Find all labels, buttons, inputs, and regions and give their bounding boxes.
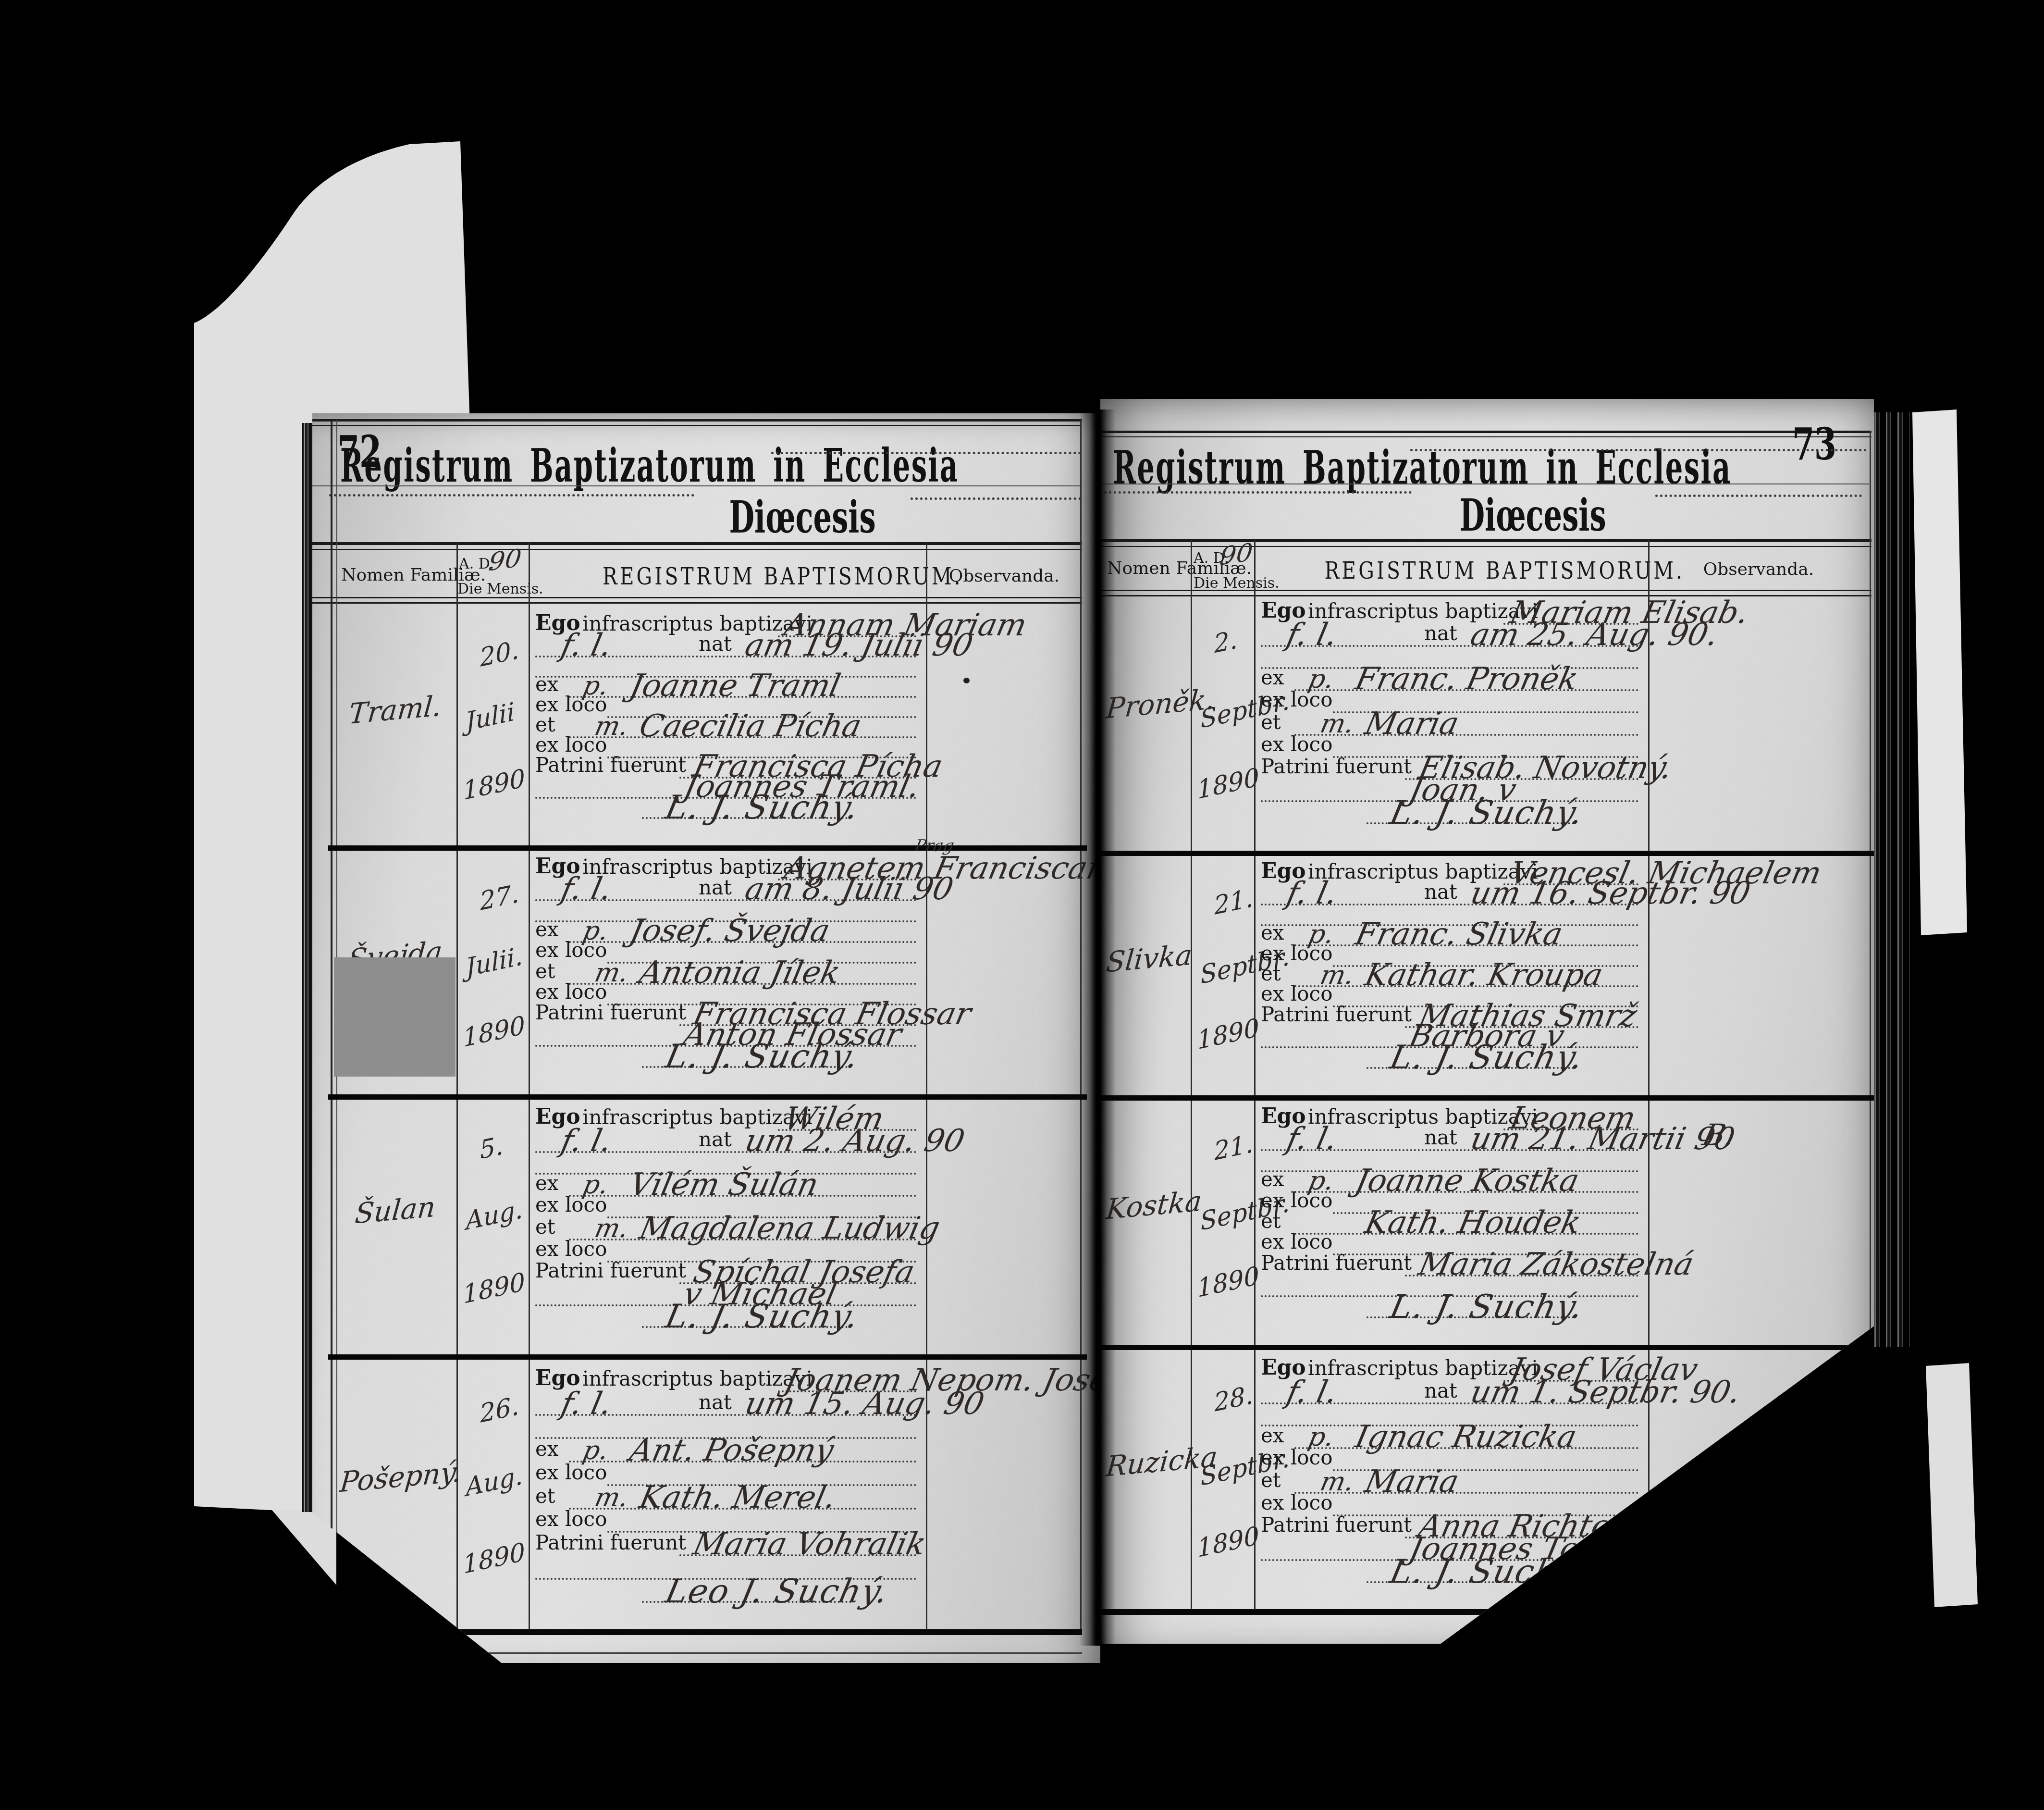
birth-date: am 8. Julii 90 bbox=[742, 871, 956, 907]
father-name: Franc. Slivka bbox=[1352, 917, 1566, 952]
form-label-ex-loco: ex loco bbox=[535, 1461, 607, 1484]
form-line: f. l.natum 16. Septbr. 90 bbox=[1261, 887, 1638, 907]
form-label-nat: nat bbox=[1424, 1126, 1457, 1149]
mother-name: Kath. Houdek bbox=[1362, 1205, 1584, 1240]
form-label-ex: ex bbox=[1261, 921, 1284, 944]
legitimacy-note: f. l. bbox=[1283, 1375, 1341, 1410]
baptism-month: Aug. bbox=[465, 1461, 523, 1502]
record-row: Proněk.2.Septbr.1890Egoinfrascriptus bap… bbox=[1100, 591, 1874, 854]
form-label-patrini: Patrini fuerunt bbox=[1261, 755, 1412, 778]
form-label-ex: ex bbox=[535, 1437, 559, 1461]
form-label-patrini: Patrini fuerunt bbox=[535, 1531, 686, 1554]
baptism-year: 1890 bbox=[462, 1011, 526, 1053]
father-name: Joanne Kostka bbox=[1352, 1163, 1582, 1199]
form-label-patrini: Patrini fuerunt bbox=[1261, 1251, 1412, 1275]
father-name: Ignac Ruzicka bbox=[1352, 1419, 1580, 1455]
form-line: L. J. Suchý. bbox=[1367, 1051, 1574, 1071]
father-name: Ant. Pošepný bbox=[627, 1433, 837, 1468]
baptism-day: 2. bbox=[1213, 625, 1238, 659]
form-line: L. J. Suchý. bbox=[1367, 1300, 1574, 1320]
legitimacy-note: f. l. bbox=[558, 1123, 615, 1159]
form-label-patrini: Patrini fuerunt bbox=[1261, 1003, 1412, 1026]
form-label-patrini: Patrini fuerunt bbox=[1261, 1513, 1412, 1537]
father-name: Joanne Traml bbox=[627, 668, 843, 704]
priest-signature: L. J. Suchý. bbox=[662, 1298, 863, 1336]
form-label-ex-loco: ex loco bbox=[1261, 732, 1332, 756]
record-divider-line bbox=[1095, 1095, 1877, 1101]
form-line: L. J. Suchý. bbox=[642, 1049, 851, 1070]
birth-date: am 25. Aug. 90. bbox=[1467, 617, 1721, 653]
form-label-patrini: Patrini fuerunt bbox=[535, 753, 686, 777]
form-label-ex-loco: ex loco bbox=[535, 980, 607, 1004]
birth-date: am 19. Julii 90 bbox=[742, 628, 976, 663]
form-label-nat: nat bbox=[1424, 621, 1457, 645]
mother-name: Magdalena Ludwig bbox=[636, 1211, 943, 1246]
record-row: Slivka21.Septbr.1890Egoinfrascriptus bap… bbox=[1100, 854, 1874, 1098]
father-name: Vilém Šulán bbox=[627, 1167, 822, 1203]
family-name: Proněk. bbox=[1105, 685, 1186, 725]
birth-date: um 1. Septbr. 90. bbox=[1467, 1375, 1744, 1410]
family-name: Pošepný. bbox=[338, 1456, 452, 1499]
family-name: Kostka bbox=[1105, 1186, 1186, 1226]
form-line: f. l.natam 25. Aug. 90. bbox=[1261, 627, 1638, 649]
baptism-month: Aug. bbox=[465, 1195, 523, 1236]
baptism-year: 1890 bbox=[462, 764, 526, 806]
register-scan: 72 Registrum Baptizatorum in Ecclesia Di… bbox=[0, 0, 2044, 1810]
form-label-ex: ex bbox=[535, 1171, 559, 1195]
record-divider-line bbox=[328, 1094, 1087, 1100]
mother-name: Kathar. Kroupa bbox=[1362, 957, 1606, 993]
mother-name: Caecilia Pícha bbox=[636, 708, 864, 744]
form-line: f. l.natum 21. Martii 90 bbox=[1261, 1132, 1638, 1153]
mother-name: Kath. Merel. bbox=[636, 1480, 839, 1515]
legitimacy-note: f. l. bbox=[558, 871, 615, 907]
mother-name: Antonia Jílek bbox=[636, 955, 843, 991]
baptism-day: 21. bbox=[1213, 883, 1254, 921]
form-label-et: et bbox=[535, 1484, 555, 1508]
priest-signature: L. J. Suchý. bbox=[1387, 794, 1588, 832]
birth-date: um 2. Aug. 90 bbox=[742, 1123, 968, 1159]
form-label-patrini: Patrini fuerunt bbox=[535, 1001, 686, 1024]
baptism-day: 28. bbox=[1213, 1380, 1254, 1418]
baptism-month: Julii. bbox=[465, 942, 523, 983]
legitimacy-note: f. l. bbox=[558, 1386, 615, 1422]
priest-signature: L. J. Suchý. bbox=[662, 1038, 863, 1076]
godparent-1: Maria Vohralik bbox=[690, 1526, 929, 1562]
right-underlay-strip-bottom bbox=[1926, 1363, 1978, 1607]
form-label-nat: nat bbox=[699, 632, 732, 656]
form-line: Leo J. Suchý. bbox=[642, 1581, 851, 1605]
form-label-ex: ex bbox=[535, 917, 559, 941]
record-row: Šulan5.Aug.1890Egoinfrascriptus baptizav… bbox=[312, 1097, 1100, 1357]
form-label-nat: nat bbox=[699, 1128, 732, 1151]
form-label-ex-loco: ex loco bbox=[535, 1507, 607, 1531]
birth-date: um 15. Aug. 90 bbox=[742, 1386, 987, 1422]
birth-date: um 21. Martii 90 bbox=[1467, 1121, 1738, 1157]
godparent-1: Maria Zákostelná bbox=[1416, 1247, 1697, 1282]
priest-signature: L. J. Suchý. bbox=[662, 789, 863, 827]
baptism-day: 20. bbox=[479, 635, 520, 673]
family-name: Slivka bbox=[1105, 939, 1186, 979]
form-line: L. J. Suchý. bbox=[642, 801, 851, 821]
record-divider-line bbox=[328, 845, 1087, 851]
legitimacy-note: f. l. bbox=[558, 628, 615, 663]
form-label-ex-loco: ex loco bbox=[1261, 1491, 1332, 1514]
legitimacy-note: f. l. bbox=[1283, 617, 1341, 653]
record-divider-line bbox=[1095, 1345, 1877, 1350]
form-label-ex-loco: ex loco bbox=[535, 1193, 607, 1216]
form-label-et: et bbox=[535, 1215, 555, 1239]
form-line: f. l.natam 19. Julii 90 bbox=[535, 639, 916, 659]
form-label-ex-loco: ex loco bbox=[535, 1237, 607, 1261]
form-label-et: et bbox=[535, 959, 555, 983]
place-note: Prag bbox=[913, 836, 956, 855]
form-label-nat: nat bbox=[699, 876, 732, 899]
father-name: Josef. Švejda bbox=[627, 913, 833, 949]
ink-dot bbox=[963, 678, 970, 683]
family-name: Šulan bbox=[338, 1189, 452, 1232]
legitimacy-note: f. l. bbox=[1283, 876, 1341, 911]
form-label-nat: nat bbox=[1424, 1379, 1457, 1402]
form-line: Patrini fueruntMaria Zákostelná bbox=[1261, 1258, 1638, 1278]
form-label-ex: ex bbox=[1261, 666, 1284, 689]
form-label-ex-loco: ex loco bbox=[1261, 1189, 1332, 1212]
form-label-ex-loco: ex loco bbox=[1261, 1230, 1332, 1253]
form-label-et: et bbox=[1261, 1209, 1281, 1233]
form-label-nat: nat bbox=[699, 1390, 732, 1414]
form-label-ex-loco: ex loco bbox=[535, 938, 607, 962]
family-name: Ruzicka bbox=[1105, 1443, 1186, 1483]
form-line: f. l.natum 15. Aug. 90 bbox=[535, 1394, 916, 1418]
family-name: Traml. bbox=[338, 689, 452, 731]
baptism-year: 1890 bbox=[1196, 1013, 1260, 1055]
form-label-et: et bbox=[1261, 710, 1281, 734]
mother-name: Maria bbox=[1362, 706, 1462, 742]
form-line: f. l.natam 8. Julii 90 bbox=[535, 882, 916, 903]
form-line: f. l.natum 1. Septbr. 90. bbox=[1261, 1384, 1638, 1406]
record-divider-line bbox=[328, 1354, 1087, 1360]
book-page-left: 72 Registrum Baptizatorum in Ecclesia Di… bbox=[312, 413, 1100, 1663]
priest-signature: L. J. Suchý. bbox=[1387, 1288, 1588, 1326]
baptism-year: 1890 bbox=[1196, 1261, 1260, 1303]
form-line: L. J. Suchý. bbox=[1367, 804, 1574, 826]
form-label-ex-loco: ex loco bbox=[1261, 1446, 1332, 1469]
priest-signature: L. J. Suchý. bbox=[1387, 1039, 1588, 1077]
redaction-overlay bbox=[334, 957, 456, 1077]
right-underlay-strip-top bbox=[1912, 409, 1967, 935]
baptism-year: 1890 bbox=[1196, 763, 1260, 805]
record-row: Kostka21.Septbr.1890Egoinfrascriptus bap… bbox=[1100, 1098, 1874, 1348]
form-label-ex-loco: ex loco bbox=[1261, 688, 1332, 711]
legitimacy-note: f. l. bbox=[1283, 1121, 1341, 1157]
form-line: Patrini fueruntMaria Vohralik bbox=[535, 1535, 916, 1558]
mother-name: Maria bbox=[1362, 1464, 1462, 1500]
right-fore-edge-stack bbox=[1872, 412, 1909, 1347]
form-label-et: et bbox=[1261, 1468, 1281, 1492]
form-label-nat: nat bbox=[1424, 880, 1457, 904]
baptism-year: 1890 bbox=[462, 1537, 526, 1580]
record-row: Traml.20.Julii1890Egoinfrascriptus bapti… bbox=[312, 606, 1100, 848]
record-row: Pošepný.26.Aug.1890Egoinfrascriptus bapt… bbox=[312, 1357, 1100, 1632]
form-label-patrini: Patrini fuerunt bbox=[535, 1259, 686, 1282]
form-label-ex-loco: ex loco bbox=[1261, 982, 1332, 1005]
form-label-ex: ex bbox=[1261, 1424, 1284, 1447]
baptism-year: 1890 bbox=[1196, 1521, 1260, 1563]
book-gutter-shadow bbox=[1079, 409, 1116, 1646]
baptism-day: 21. bbox=[1213, 1129, 1254, 1166]
father-name: Franc. Proněk bbox=[1352, 661, 1581, 697]
form-line: f. l.natum 2. Aug. 90 bbox=[535, 1133, 916, 1155]
baptism-year: 1890 bbox=[462, 1267, 526, 1310]
form-label-ex: ex bbox=[1261, 1167, 1284, 1191]
baptism-month: Julii bbox=[465, 697, 516, 737]
baptism-day: 26. bbox=[479, 1391, 520, 1429]
form-line: L. J. Suchý. bbox=[642, 1308, 851, 1330]
priest-signature: Leo J. Suchý. bbox=[662, 1573, 892, 1611]
baptism-day: 27. bbox=[479, 879, 520, 917]
birth-date: um 16. Septbr. 90 bbox=[1467, 876, 1753, 911]
baptism-day: 5. bbox=[479, 1131, 504, 1165]
